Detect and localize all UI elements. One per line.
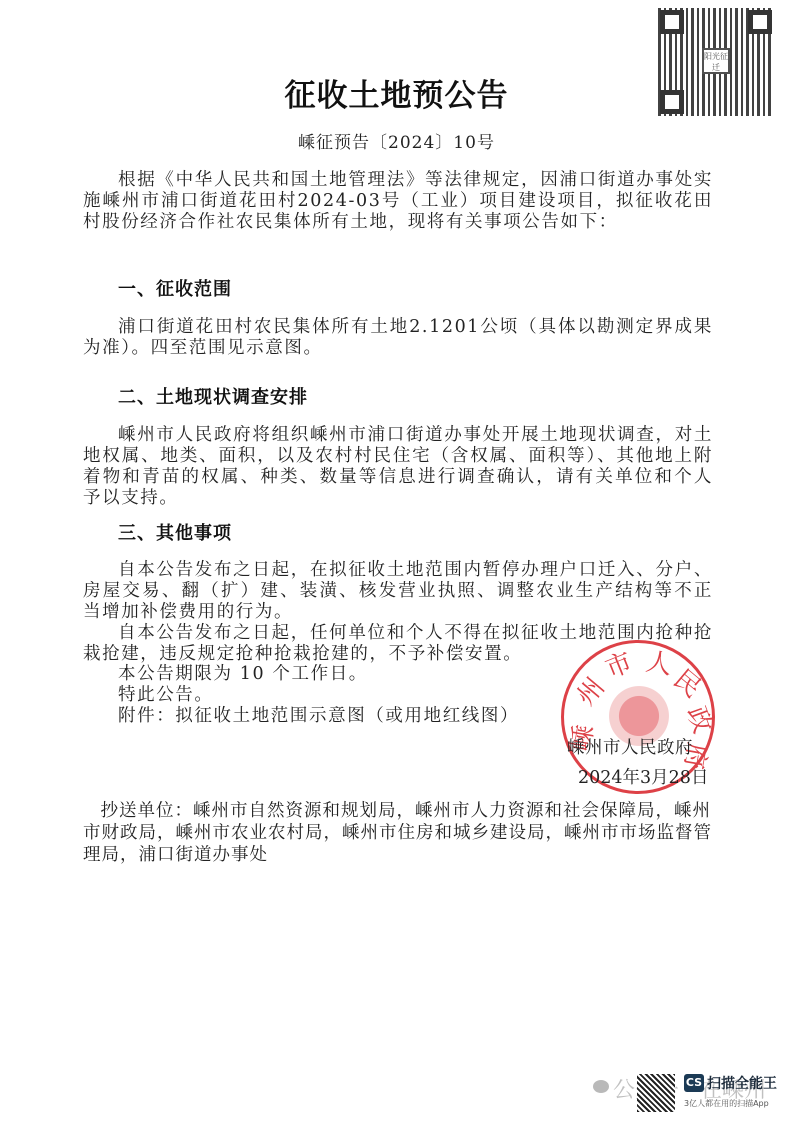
section-body-3a: 自本公告发布之日起，在拟征收土地范围内暂停办理户口迁入、分户、房屋交易、翻（扩）… [83,560,713,623]
app-tagline: 3亿人都在用的扫描App [684,1098,769,1109]
section-heading-1: 一、征收范围 [118,275,232,301]
section-body-2: 嵊州市人民政府将组织嵊州市浦口街道办事处开展土地现状调查，对土地权属、地类、面积… [83,425,713,509]
app-qr-code [637,1074,675,1112]
app-name: 扫描全能王 [707,1073,777,1093]
section-heading-2: 二、土地现状调查安排 [118,383,308,409]
scanner-footer: 公众号 · 在嵊州 CS 扫描全能王 3亿人都在用的扫描App [593,1068,788,1118]
notice-period: 本公告期限为 10 个工作日。 [118,664,368,685]
issue-date: 2024年3月28日 [578,764,708,789]
attachment-line: 附件：拟征收土地范围示意图（或用地红线图） [118,706,519,727]
seal-char: 州 [573,674,610,711]
camscanner-logo-icon: CS [684,1074,704,1092]
seal-char: 人 [644,649,674,679]
document-number: 嵊征预告〔2024〕10号 [0,128,793,153]
page-title: 征收土地预公告 [0,70,793,115]
intro-paragraph: 根据《中华人民共和国土地管理法》等法律规定，因浦口街道办事处实施嵊州市浦口街道花… [83,170,713,233]
cc-recipients: 抄送单位：嵊州市自然资源和规划局，嵊州市人力资源和社会保障局，嵊州市财政局，嵊州… [83,800,713,866]
section-body-1: 浦口街道花田村农民集体所有土地2.1201公顷（具体以勘测定界成果为准）。四至范… [83,317,713,359]
wechat-icon [593,1080,609,1093]
seal-char: 民 [669,666,706,703]
closing-text: 特此公告。 [118,685,214,706]
seal-char: 市 [602,649,636,683]
signing-authority: 嵊州市人民政府 [567,734,693,759]
seal-char: 政 [682,703,715,736]
section-heading-3: 三、其他事项 [118,519,232,545]
